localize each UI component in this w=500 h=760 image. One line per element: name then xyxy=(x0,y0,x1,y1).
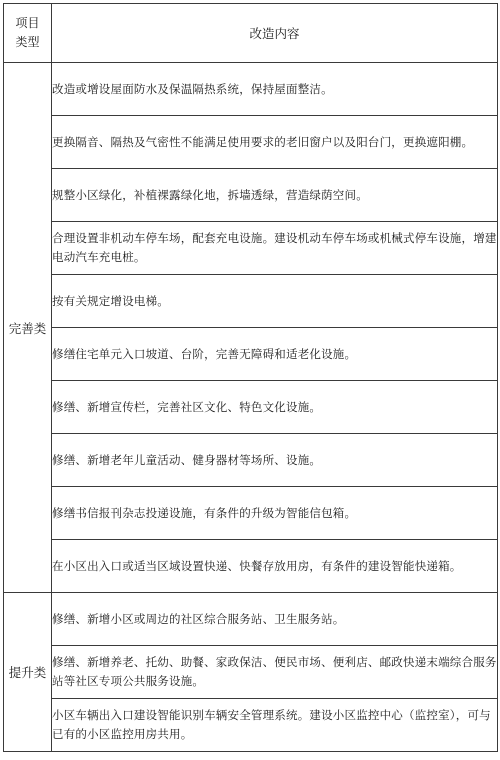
content-cell: 修缮书信报刊杂志投递设施，有条件的升级为智能信包箱。 xyxy=(52,487,498,540)
table-row: 小区车辆出入口建设智能识别车辆安全管理系统。建设小区监控中心（监控室），可与已有… xyxy=(4,699,498,752)
table-row: 合理设置非机动车停车场，配套充电设施。建设机动车停车场或机械式停车设施，增建电动… xyxy=(4,222,498,275)
table-row: 提升类 修缮、新增小区或周边的社区综合服务站、卫生服务站。 xyxy=(4,593,498,646)
category-cell: 提升类 xyxy=(4,593,52,752)
header-type-line1: 项目 xyxy=(4,14,51,33)
content-cell: 改造或增设屋面防水及保温隔热系统，保持屋面整洁。 xyxy=(52,63,498,116)
content-cell: 按有关规定增设电梯。 xyxy=(52,275,498,328)
table-row: 修缮住宅单元入口坡道、台阶，完善无障碍和适老化设施。 xyxy=(4,328,498,381)
content-cell: 修缮、新增小区或周边的社区综合服务站、卫生服务站。 xyxy=(52,593,498,646)
content-cell: 修缮、新增宣传栏，完善社区文化、特色文化设施。 xyxy=(52,381,498,434)
content-cell: 修缮、新增养老、托幼、助餐、家政保洁、便民市场、便利店、邮政快递末端综合服务站等… xyxy=(52,646,498,699)
category-cell: 完善类 xyxy=(4,63,52,593)
table-row: 按有关规定增设电梯。 xyxy=(4,275,498,328)
header-type-line2: 类型 xyxy=(4,33,51,52)
header-project-type: 项目 类型 xyxy=(4,4,52,63)
table-row: 修缮、新增宣传栏，完善社区文化、特色文化设施。 xyxy=(4,381,498,434)
table-row: 修缮、新增老年儿童活动、健身器材等场所、设施。 xyxy=(4,434,498,487)
table-row: 完善类 改造或增设屋面防水及保温隔热系统，保持屋面整洁。 xyxy=(4,63,498,116)
content-cell: 合理设置非机动车停车场，配套充电设施。建设机动车停车场或机械式停车设施，增建电动… xyxy=(52,222,498,275)
renovation-content-table: 项目 类型 改造内容 完善类 改造或增设屋面防水及保温隔热系统，保持屋面整洁。 … xyxy=(3,3,498,752)
table-row: 在小区出入口或适当区域设置快递、快餐存放用房，有条件的建设智能快递箱。 xyxy=(4,540,498,593)
header-content: 改造内容 xyxy=(52,4,498,63)
table-row: 规整小区绿化，补植裸露绿化地，拆墙透绿，营造绿荫空间。 xyxy=(4,169,498,222)
content-cell: 小区车辆出入口建设智能识别车辆安全管理系统。建设小区监控中心（监控室），可与已有… xyxy=(52,699,498,752)
table-row: 修缮书信报刊杂志投递设施，有条件的升级为智能信包箱。 xyxy=(4,487,498,540)
table-row: 修缮、新增养老、托幼、助餐、家政保洁、便民市场、便利店、邮政快递末端综合服务站等… xyxy=(4,646,498,699)
content-cell: 更换隔音、隔热及气密性不能满足使用要求的老旧窗户以及阳台门，更换遮阳棚。 xyxy=(52,116,498,169)
content-cell: 规整小区绿化，补植裸露绿化地，拆墙透绿，营造绿荫空间。 xyxy=(52,169,498,222)
content-cell: 修缮、新增老年儿童活动、健身器材等场所、设施。 xyxy=(52,434,498,487)
table-row: 更换隔音、隔热及气密性不能满足使用要求的老旧窗户以及阳台门，更换遮阳棚。 xyxy=(4,116,498,169)
content-cell: 修缮住宅单元入口坡道、台阶，完善无障碍和适老化设施。 xyxy=(52,328,498,381)
content-cell: 在小区出入口或适当区域设置快递、快餐存放用房，有条件的建设智能快递箱。 xyxy=(52,540,498,593)
